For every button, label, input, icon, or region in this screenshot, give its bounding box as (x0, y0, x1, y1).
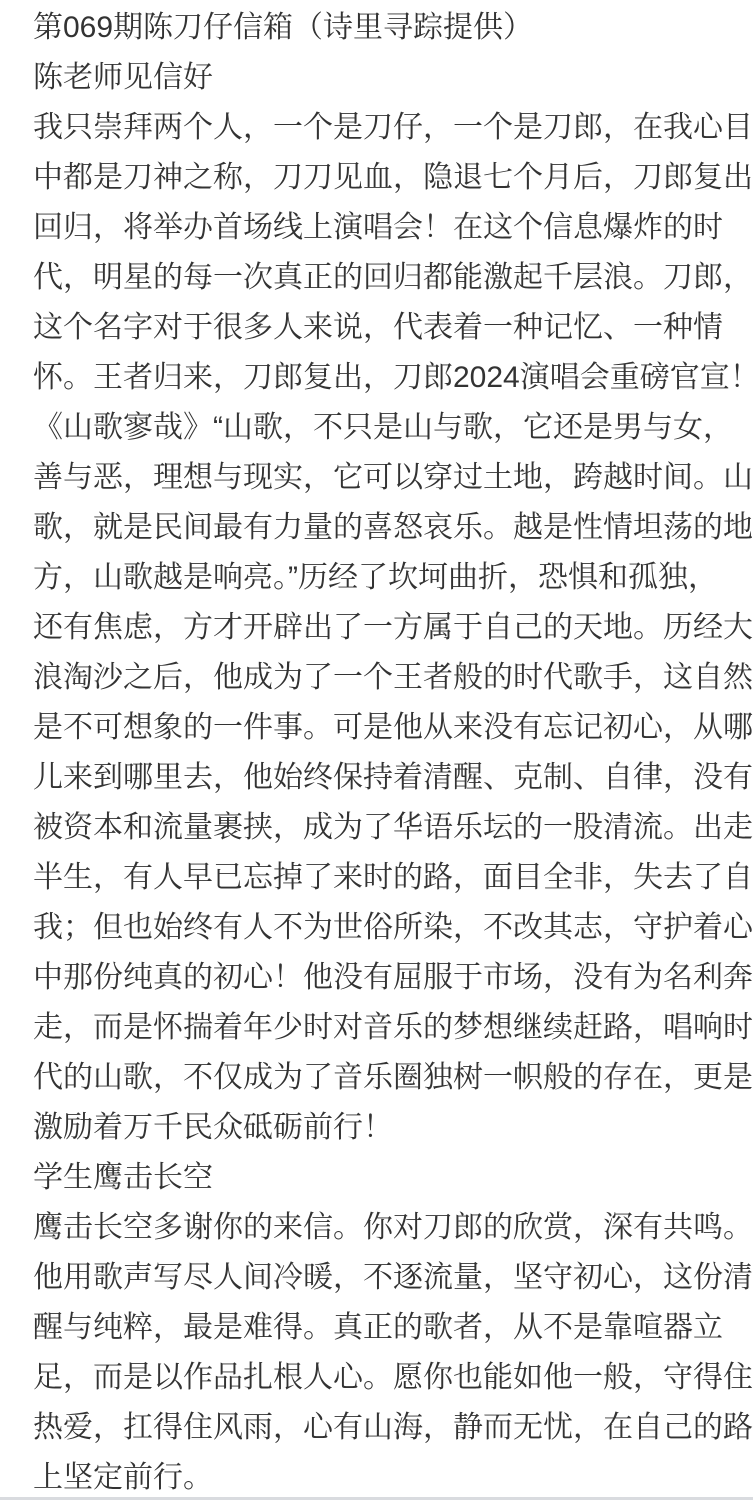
text-line: 足，而是以作品扎根人心。愿你也能如他一般，守得住 (33, 1353, 753, 1403)
text-line: 他用歌声写尽人间冷暖，不逐流量，坚守初心，这份清 (33, 1253, 753, 1303)
text-line: 上坚定前行。 (33, 1453, 753, 1500)
text-line: 代的山歌，不仅成为了音乐圈独树一帜般的存在，更是 (33, 1053, 753, 1103)
article-page: 第069期陈刀仔信箱（诗里寻踪提供） 陈老师见信好 我只崇拜两个人，一个是刀仔，… (0, 0, 753, 1500)
text-line: 是不可想象的一件事。可是他从来没有忘记初心，从哪 (33, 703, 753, 753)
text-line: 还有焦虑，方才开辟出了一方属于自己的天地。历经大 (33, 603, 753, 653)
text-line: 怀。王者归来，刀郎复出，刀郎2024演唱会重磅官宣！ (33, 353, 753, 403)
text-line: 方，山歌越是响亮。”历经了坎坷曲折，恐惧和孤独， (33, 553, 753, 603)
text-line: 鹰击长空多谢你的来信。你对刀郎的欣赏，深有共鸣。 (33, 1203, 753, 1253)
text-line: 歌，就是民间最有力量的喜怒哀乐。越是性情坦荡的地 (33, 503, 753, 553)
text-line: 热爱，扛得住风雨，心有山海，静而无忧，在自己的路 (33, 1403, 753, 1453)
text-line: 善与恶，理想与现实，它可以穿过土地，跨越时间。山 (33, 453, 753, 503)
text-line: 代，明星的每一次真正的回归都能激起千层浪。刀郎， (33, 253, 753, 303)
text-line: 走，而是怀揣着年少时对音乐的梦想继续赶路，唱响时 (33, 1003, 753, 1053)
text-line: 回归，将举办首场线上演唱会！在这个信息爆炸的时 (33, 203, 753, 253)
text-line: 《山歌寥哉》“山歌，不只是山与歌，它还是男与女， (33, 403, 753, 453)
text-line: 激励着万千民众砥砺前行！ (33, 1103, 753, 1153)
signature-line: 学生鹰击长空 (33, 1153, 753, 1203)
text-line: 醒与纯粹，最是难得。真正的歌者，从不是靠喧器立 (33, 1303, 753, 1353)
text-line: 我；但也始终有人不为世俗所染，不改其志，守护着心 (33, 903, 753, 953)
salutation-line: 陈老师见信好 (33, 53, 753, 103)
title-line: 第069期陈刀仔信箱（诗里寻踪提供） (33, 3, 753, 53)
text-line: 我只崇拜两个人，一个是刀仔，一个是刀郎，在我心目 (33, 103, 753, 153)
text-line: 半生，有人早已忘掉了来时的路，面目全非，失去了自 (33, 853, 753, 903)
text-line: 被资本和流量裹挟，成为了华语乐坛的一股清流。出走 (33, 803, 753, 853)
text-line: 这个名字对于很多人来说，代表着一种记忆、一种情 (33, 303, 753, 353)
text-line: 中都是刀神之称，刀刀见血，隐退七个月后，刀郎复出 (33, 153, 753, 203)
text-line: 中那份纯真的初心！他没有屈服于市场，没有为名利奔 (33, 953, 753, 1003)
text-line: 浪淘沙之后，他成为了一个王者般的时代歌手，这自然 (33, 653, 753, 703)
text-line: 儿来到哪里去，他始终保持着清醒、克制、自律，没有 (33, 753, 753, 803)
